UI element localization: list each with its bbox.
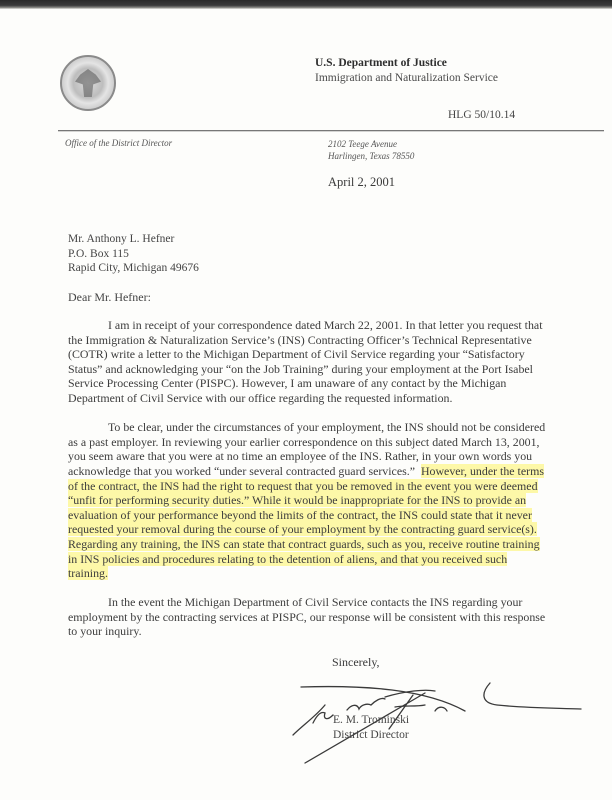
signer-block: E. M. Trominski District Director	[333, 713, 409, 743]
body-text: acknowledge that you worked “under sever…	[68, 464, 421, 478]
signer-name: E. M. Trominski	[333, 713, 409, 728]
body-line: acknowledge that you worked “under sever…	[68, 464, 608, 479]
doj-seal-icon	[60, 55, 116, 111]
body-line: you seem aware that you were at no time …	[68, 449, 608, 464]
reference-number: HLG 50/10.14	[448, 109, 515, 121]
address-line-1: 2102 Teege Avenue	[328, 138, 414, 150]
highlighted-text: in INS policies and procedures relating …	[68, 552, 507, 566]
address-line-2: Harlingen, Texas 78550	[328, 150, 414, 162]
body-line: To be clear, under the circumstances of …	[68, 420, 608, 435]
body-line: Department of Civil Service with our off…	[68, 391, 608, 406]
body-line: the Immigration & Naturalization Service…	[68, 333, 608, 348]
signature-icon	[285, 675, 585, 775]
recipient-address: Mr. Anthony L. Hefner P.O. Box 115 Rapid…	[68, 232, 199, 276]
recipient-line-3: Rapid City, Michigan 49676	[68, 261, 199, 276]
highlighted-text: training.	[68, 566, 108, 580]
highlighted-text: requested your removal during the course…	[68, 522, 537, 536]
office-name: Office of the District Director	[65, 138, 172, 148]
body-line: Service Processing Center (PISPC). Howev…	[68, 376, 608, 391]
body-line: I am in receipt of your correspondence d…	[68, 318, 608, 333]
service-name: Immigration and Naturalization Service	[315, 71, 498, 86]
department-name: U.S. Department of Justice	[315, 56, 498, 71]
scan-top-edge	[0, 0, 612, 9]
salutation: Dear Mr. Hefner:	[68, 290, 151, 305]
paragraph-1: I am in receipt of your correspondence d…	[68, 318, 608, 406]
highlighted-text: of the contract, the INS had the right t…	[68, 479, 538, 493]
body-line: In the event the Michigan Department of …	[68, 595, 608, 610]
signer-title: District Director	[333, 728, 409, 743]
highlighted-text: “unfit for performing security duties.” …	[68, 493, 526, 507]
closing: Sincerely,	[332, 655, 380, 670]
letter-date: April 2, 2001	[328, 175, 395, 190]
paragraph-2: To be clear, under the circumstances of …	[68, 420, 608, 581]
body-line: to your inquiry.	[68, 624, 608, 639]
highlighted-text: However, under the terms	[421, 464, 544, 478]
letter-body: I am in receipt of your correspondence d…	[68, 318, 608, 654]
office-address: 2102 Teege Avenue Harlingen, Texas 78550	[328, 138, 414, 162]
letterhead-agency: U.S. Department of Justice Immigration a…	[315, 56, 498, 86]
paragraph-3: In the event the Michigan Department of …	[68, 595, 608, 639]
highlighted-text: Regarding any training, the INS can stat…	[68, 537, 540, 551]
body-line: (COTR) write a letter to the Michigan De…	[68, 347, 608, 362]
recipient-name: Mr. Anthony L. Hefner	[68, 232, 199, 247]
body-line: Status” and acknowledging your “on the J…	[68, 362, 608, 377]
recipient-line-2: P.O. Box 115	[68, 247, 199, 262]
letterhead-divider	[58, 130, 604, 131]
highlighted-text: evaluation of your performance beyond th…	[68, 508, 532, 522]
body-line: as a past employer. In reviewing your ea…	[68, 435, 608, 450]
body-line: employment by the contracting services a…	[68, 610, 608, 625]
